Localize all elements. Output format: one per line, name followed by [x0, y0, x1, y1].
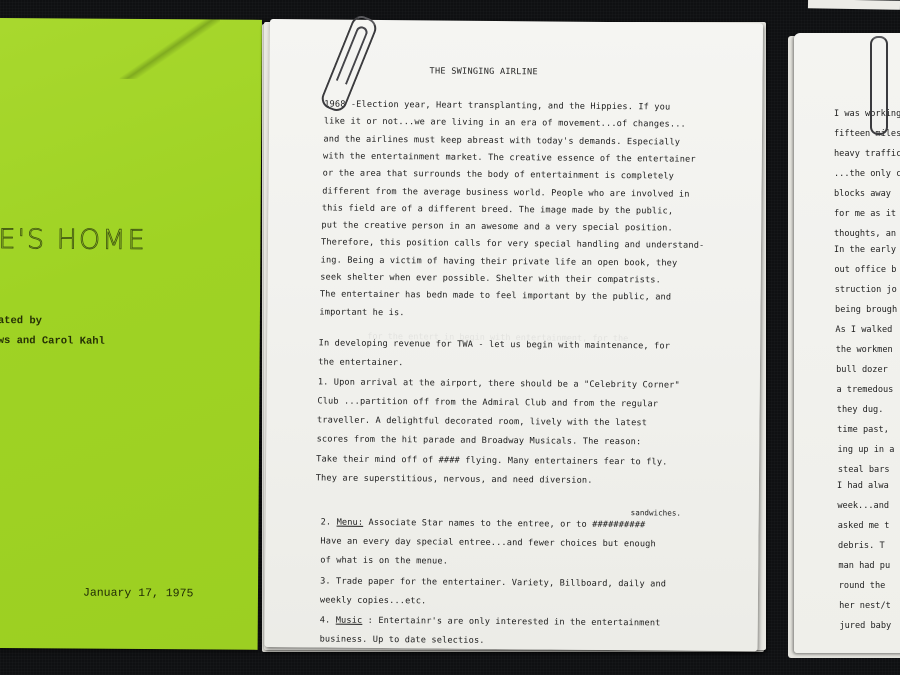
- list-item-3-line: weekly copies...etc.: [320, 595, 427, 606]
- overtyped-correction: sandwiches.: [631, 508, 681, 517]
- right-page-line: out office b: [834, 265, 896, 275]
- list-item-3: 3. Trade paper for the entertainer. Vari…: [320, 576, 666, 589]
- paper-edge-top-right: [808, 0, 900, 10]
- right-page-line: steal bars: [838, 465, 890, 475]
- right-page-line: In the early: [834, 245, 896, 255]
- right-page-line: man had pu: [838, 561, 890, 571]
- right-page-line: blocks away: [834, 189, 891, 199]
- item-number: 4.: [320, 615, 331, 625]
- item-number: 2.: [321, 517, 332, 527]
- typed-document-page: THE SWINGING AIRLINE 1968 -Election year…: [265, 19, 763, 651]
- list-item-2: 2. Menu: Associate Star names to the ent…: [321, 517, 646, 530]
- right-page-line: ...the only c: [834, 169, 900, 179]
- right-page-line: for me as it: [834, 209, 896, 219]
- document-line: or the area that surrounds the body of e…: [323, 169, 674, 182]
- right-page-line: round the: [839, 581, 886, 591]
- document-line: the entertainer.: [318, 358, 403, 369]
- item-text: Associate Star names to the entree, or t…: [363, 518, 645, 530]
- paperclip-icon: [870, 36, 888, 135]
- list-item-4: 4. Music : Entertainr's are only interes…: [320, 615, 661, 628]
- right-page-line: week...and: [837, 501, 889, 511]
- document-line: Club ...partition off from the Admiral C…: [317, 396, 658, 409]
- right-page-line: a tremedous: [836, 385, 893, 395]
- cover-credit-authors: ws and Carol Kahl: [0, 335, 105, 348]
- document-line: with the entertainment market. The creat…: [323, 151, 696, 164]
- right-page-line: jured baby: [839, 621, 891, 631]
- right-page-line: bull dozer: [836, 365, 888, 375]
- document-line: put the creative person in an awesome an…: [321, 221, 672, 234]
- right-page-line: her nest/t: [839, 601, 891, 611]
- cover-date: January 17, 1975: [83, 587, 194, 601]
- right-page-line: time past,: [837, 425, 889, 435]
- document-line: 1968 -Election year, Heart transplanting…: [324, 99, 670, 112]
- item-label-menu: Menu:: [337, 518, 364, 528]
- list-item-2-line: of what is on the menue.: [320, 555, 448, 566]
- right-page-line: being brough: [835, 305, 897, 315]
- right-page-line: I had alwa: [837, 481, 889, 491]
- document-line: Take their mind off of #### flying. Many…: [316, 454, 667, 467]
- list-item-4-line: business. Up to date selectios.: [320, 634, 485, 645]
- cover-credit-line: ated by: [0, 315, 42, 327]
- document-title: THE SWINGING AIRLINE: [430, 66, 538, 77]
- green-cover-page: E'S HOME ated by ws and Carol Kahl Janua…: [0, 18, 262, 650]
- document-line: traveller. A delightful decorated room, …: [317, 416, 647, 429]
- document-line: this field are of a different breed. The…: [322, 203, 673, 216]
- right-page-line: thoughts, an: [834, 229, 896, 239]
- right-page-line: they dug.: [837, 405, 884, 415]
- right-page-line: the workmen: [836, 345, 893, 355]
- document-line: 1. Upon arrival at the airport, there sh…: [318, 377, 680, 390]
- document-line: different from the average business worl…: [322, 186, 689, 199]
- item-text: : Entertainr's are only interested in th…: [362, 616, 660, 629]
- document-line: and the airlines must keep abreast with …: [323, 134, 680, 147]
- document-line: seek shelter when ever possible. Shelter…: [320, 272, 661, 285]
- right-page-line: As I walked: [835, 325, 892, 335]
- cover-title: E'S HOME: [0, 224, 147, 256]
- document-line: scores from the hit parade and Broadway …: [317, 435, 642, 448]
- right-page-line: I was working: [834, 109, 900, 119]
- document-line: They are superstitious, nervous, and nee…: [316, 473, 593, 485]
- right-page-line: struction jo: [835, 285, 897, 295]
- cover-crease: [120, 19, 220, 80]
- list-item-2-line: Have an every day special entree...and f…: [320, 536, 655, 549]
- document-line: The entertainer has bedn made to feel im…: [320, 290, 671, 303]
- document-line: Therefore, this position calls for very …: [321, 238, 704, 251]
- document-line: ing. Being a victim of having their priv…: [321, 255, 678, 268]
- item-label-music: Music: [336, 616, 363, 626]
- right-page-line: heavy traffic: [834, 149, 900, 159]
- right-page-line: asked me t: [838, 521, 890, 531]
- document-line: like it or not...we are living in an era…: [324, 117, 686, 130]
- document-line: important he is.: [319, 307, 404, 318]
- right-page-line: ing up in a: [838, 445, 895, 455]
- right-page-line: debris. T: [838, 541, 885, 551]
- right-page-line: fifteen miles: [834, 129, 900, 139]
